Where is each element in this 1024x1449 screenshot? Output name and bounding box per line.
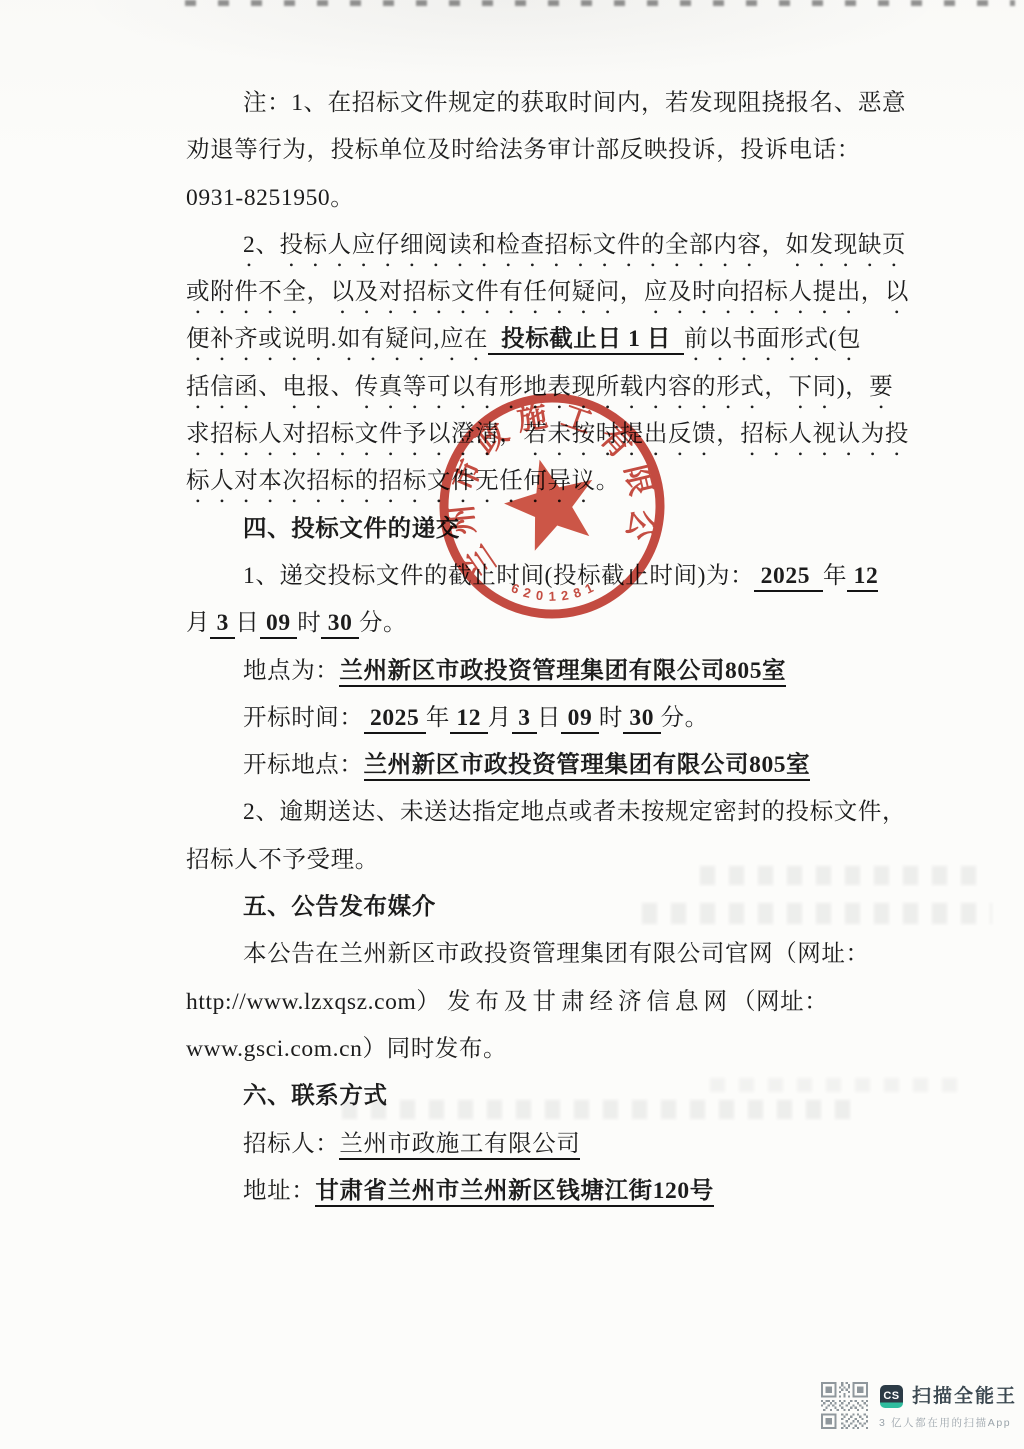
filled-blank-value: 兰州市政施工有限公司: [339, 1131, 580, 1160]
doc-text: 月: [488, 705, 512, 731]
filled-blank-value: 30: [623, 705, 661, 734]
doc-text: 地点为：: [243, 658, 339, 684]
filled-blank-value: 12: [847, 563, 878, 592]
doc-line: 地址：甘肃省兰州市兰州新区钱塘江街120号: [186, 1168, 876, 1215]
filled-blank-value: 甘肃省兰州市兰州新区钱塘江街120号: [315, 1178, 714, 1207]
doc-line: 便补齐或说明.如有疑问,应在 投标截止日 1 日 前以书面形式(包: [186, 316, 876, 363]
filled-blank-value: 12: [450, 705, 488, 734]
doc-text: 年: [426, 705, 450, 731]
qr-code: [821, 1382, 868, 1429]
doc-line: http://www.lzxqsz.com） 发布及甘肃经济信息网（网址：: [186, 979, 876, 1026]
doc-text: 时: [599, 705, 623, 731]
doc-text: 2、投标人应仔细阅读和检查招标文件的全部内容，如发现缺页: [243, 232, 906, 258]
doc-line: 或附件不全，以及对招标文件有任何疑问，应及时向招标人提出，以: [186, 269, 876, 316]
doc-text: 或附件不全，以及对招标文件有任何疑问，应及时向招标人提出，以: [186, 279, 909, 305]
doc-text: 标人对本次招标的招标文件无任何异议。: [186, 468, 620, 494]
doc-text: 开标地点：: [243, 752, 364, 778]
filled-blank-value: 兰州新区市政投资管理集团有限公司805室: [364, 752, 811, 781]
doc-line: 四、投标文件的递交: [186, 506, 876, 553]
doc-line: 注：1、在招标文件规定的获取时间内，若发现阻挠报名、恶意: [186, 80, 876, 127]
doc-text: 开标时间：: [243, 705, 364, 731]
doc-text: 便补齐或说明.如有疑问,应在: [186, 326, 488, 352]
doc-text: 注：1、在招标文件规定的获取时间内，若发现阻挠报名、恶意: [243, 90, 906, 116]
doc-line: 招标人：兰州市政施工有限公司: [186, 1121, 876, 1168]
doc-text: 发布及甘肃经济信息网: [447, 989, 732, 1015]
filled-blank-value: 09: [260, 610, 298, 639]
camscanner-tagline: 3 亿人都在用的扫描App: [879, 1416, 1011, 1430]
doc-line: 标人对本次招标的招标文件无任何异议。: [186, 458, 876, 505]
filled-blank-value: 3: [210, 610, 235, 639]
doc-text: 前以书面形式(包: [684, 326, 861, 352]
doc-line: 本公告在兰州新区市政投资管理集团有限公司官网（网址：: [186, 931, 876, 978]
filled-blank-value: 3: [512, 705, 537, 734]
doc-line: 地点为：兰州新区市政投资管理集团有限公司805室: [186, 648, 876, 695]
doc-line: 五、公告发布媒介: [186, 884, 876, 931]
doc-text: www.gsci.com.cn）同时发布。: [186, 1036, 507, 1062]
doc-line: www.gsci.com.cn）同时发布。: [186, 1026, 876, 1073]
doc-line: 开标时间： 2025 年 12 月 3 日 09 时 30 分。: [186, 695, 876, 742]
doc-text: 1、递交投标文件的截止时间(投标截止时间)为：: [243, 563, 754, 589]
doc-line: 0931-8251950。: [186, 175, 876, 222]
doc-line: 2、逾期送达、未送达指定地点或者未按规定密封的投标文件，: [186, 789, 876, 836]
doc-line: 括信函、电报、传真等可以有形地表现所载内容的形式，下同)，要: [186, 364, 876, 411]
doc-line: 劝退等行为，投标单位及时给法务审计部反映投诉，投诉电话：: [186, 127, 876, 174]
doc-text: 月: [186, 610, 210, 636]
filled-blank-value: 兰州新区市政投资管理集团有限公司805室: [339, 658, 786, 687]
scan-page: 注：1、在招标文件规定的获取时间内，若发现阻挠报名、恶意劝退等行为，投标单位及时…: [0, 0, 1024, 1449]
page-edge-cut-text: [185, 0, 1015, 6]
document-body: 注：1、在招标文件规定的获取时间内，若发现阻挠报名、恶意劝退等行为，投标单位及时…: [186, 80, 876, 1215]
doc-text: 招标人不予受理。: [186, 847, 379, 873]
doc-text: 劝退等行为，投标单位及时给法务审计部反映投诉，投诉电话：: [186, 137, 861, 163]
doc-text: 括信函、电报、传真等可以有形地表现所载内容的形式，下同)，要: [186, 374, 893, 400]
doc-line: 1、递交投标文件的截止时间(投标截止时间)为： 2025 年 12: [186, 553, 876, 600]
camscanner-app-name: 扫描全能王: [912, 1385, 1017, 1409]
camscanner-logo-icon: CS: [880, 1385, 903, 1408]
doc-text: http://www.lzxqsz.com）: [186, 989, 447, 1015]
doc-text: 地址：: [243, 1178, 315, 1204]
doc-text: （网址：: [732, 989, 828, 1015]
filled-blank-value: 09: [561, 705, 599, 734]
doc-text: 分。: [359, 610, 407, 636]
doc-text: 招标人：: [243, 1131, 339, 1157]
doc-text: 求招标人对招标文件予以澄清，若未按时提出反馈，招标人视认为投: [186, 421, 909, 447]
doc-line: 月 3 日 09 时 30 分。: [186, 600, 876, 647]
doc-line: 求招标人对招标文件予以澄清，若未按时提出反馈，招标人视认为投: [186, 411, 876, 458]
doc-text: 六、联系方式: [243, 1083, 388, 1109]
doc-line: 开标地点：兰州新区市政投资管理集团有限公司805室: [186, 742, 876, 789]
doc-text: 四、投标文件的递交: [243, 516, 460, 542]
filled-blank-value: 2025: [754, 563, 823, 592]
doc-text: 日: [537, 705, 561, 731]
doc-line: 六、联系方式: [186, 1073, 876, 1120]
doc-text: 0931-8251950。: [186, 185, 354, 211]
filled-blank-value: 30: [321, 610, 359, 639]
filled-blank-value: 投标截止日 1 日: [488, 326, 684, 355]
doc-text: 本公告在兰州新区市政投资管理集团有限公司官网（网址：: [243, 941, 870, 967]
doc-text: 2、逾期送达、未送达指定地点或者未按规定密封的投标文件，: [243, 799, 906, 825]
doc-text: 分。: [661, 705, 709, 731]
doc-text: 日: [235, 610, 259, 636]
doc-text: 年: [823, 563, 847, 589]
filled-blank-value: 2025: [364, 705, 426, 734]
doc-text: 五、公告发布媒介: [243, 894, 436, 920]
doc-text: 时: [297, 610, 321, 636]
doc-line: 招标人不予受理。: [186, 837, 876, 884]
doc-line: 2、投标人应仔细阅读和检查招标文件的全部内容，如发现缺页: [186, 222, 876, 269]
